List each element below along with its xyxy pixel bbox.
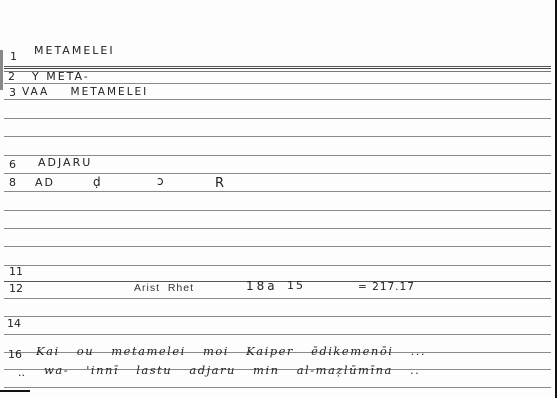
line-number: 6: [9, 158, 16, 171]
line-number: 11: [9, 265, 23, 278]
line-number: 12: [9, 282, 23, 295]
reference-page: 18a: [246, 279, 278, 293]
line-number: 14: [7, 317, 21, 330]
ruled-line: [4, 118, 551, 119]
entry-text: Y META-: [32, 70, 90, 83]
root-letter: ɔ: [157, 174, 166, 188]
entry-text: ADJARU: [38, 156, 92, 169]
ruled-line: [4, 136, 551, 137]
greek-transliteration: Kai ou metamelei moi Kaiper ēdikemenōi .…: [36, 344, 426, 358]
card-edge: [0, 390, 30, 392]
line-number: 16: [8, 348, 22, 361]
ruled-line: [4, 191, 551, 192]
line-number: 1: [10, 50, 17, 63]
entry-text: METAMELEI: [34, 44, 115, 57]
ruled-line: [4, 83, 551, 84]
root-letter: ḍ: [93, 175, 103, 189]
ruled-line: [4, 210, 551, 211]
arabic-transliteration: wa- 'innī lastu adjaru min al-maẓlūmīna …: [44, 363, 420, 377]
ruled-line: [4, 387, 551, 388]
ruled-line: [4, 265, 551, 266]
index-card: 1 METAMELEI 2 Y META- 3 VAA METAMELEI 6 …: [0, 0, 557, 398]
reference-alt: = 217.17: [358, 281, 415, 293]
source-citation: Arist Rhet: [134, 282, 194, 294]
root-letter: R: [215, 176, 226, 191]
card-edge: [0, 50, 3, 90]
line-number: 2: [8, 70, 15, 83]
ruled-line: [4, 316, 551, 317]
entry-text: VAA METAMELEI: [22, 86, 148, 98]
line-number: ..: [18, 366, 25, 379]
reference-line: 15: [287, 279, 305, 292]
ruled-line: [4, 246, 551, 247]
ruled-line: [4, 173, 551, 174]
entry-text: AD: [35, 176, 55, 189]
line-number: 3: [9, 86, 16, 99]
line-number: 8: [9, 176, 16, 189]
ruled-line: [4, 66, 551, 67]
ruled-line: [4, 228, 551, 229]
ruled-line: [4, 99, 551, 100]
ruled-line: [4, 334, 551, 335]
ruled-line: [4, 298, 551, 299]
